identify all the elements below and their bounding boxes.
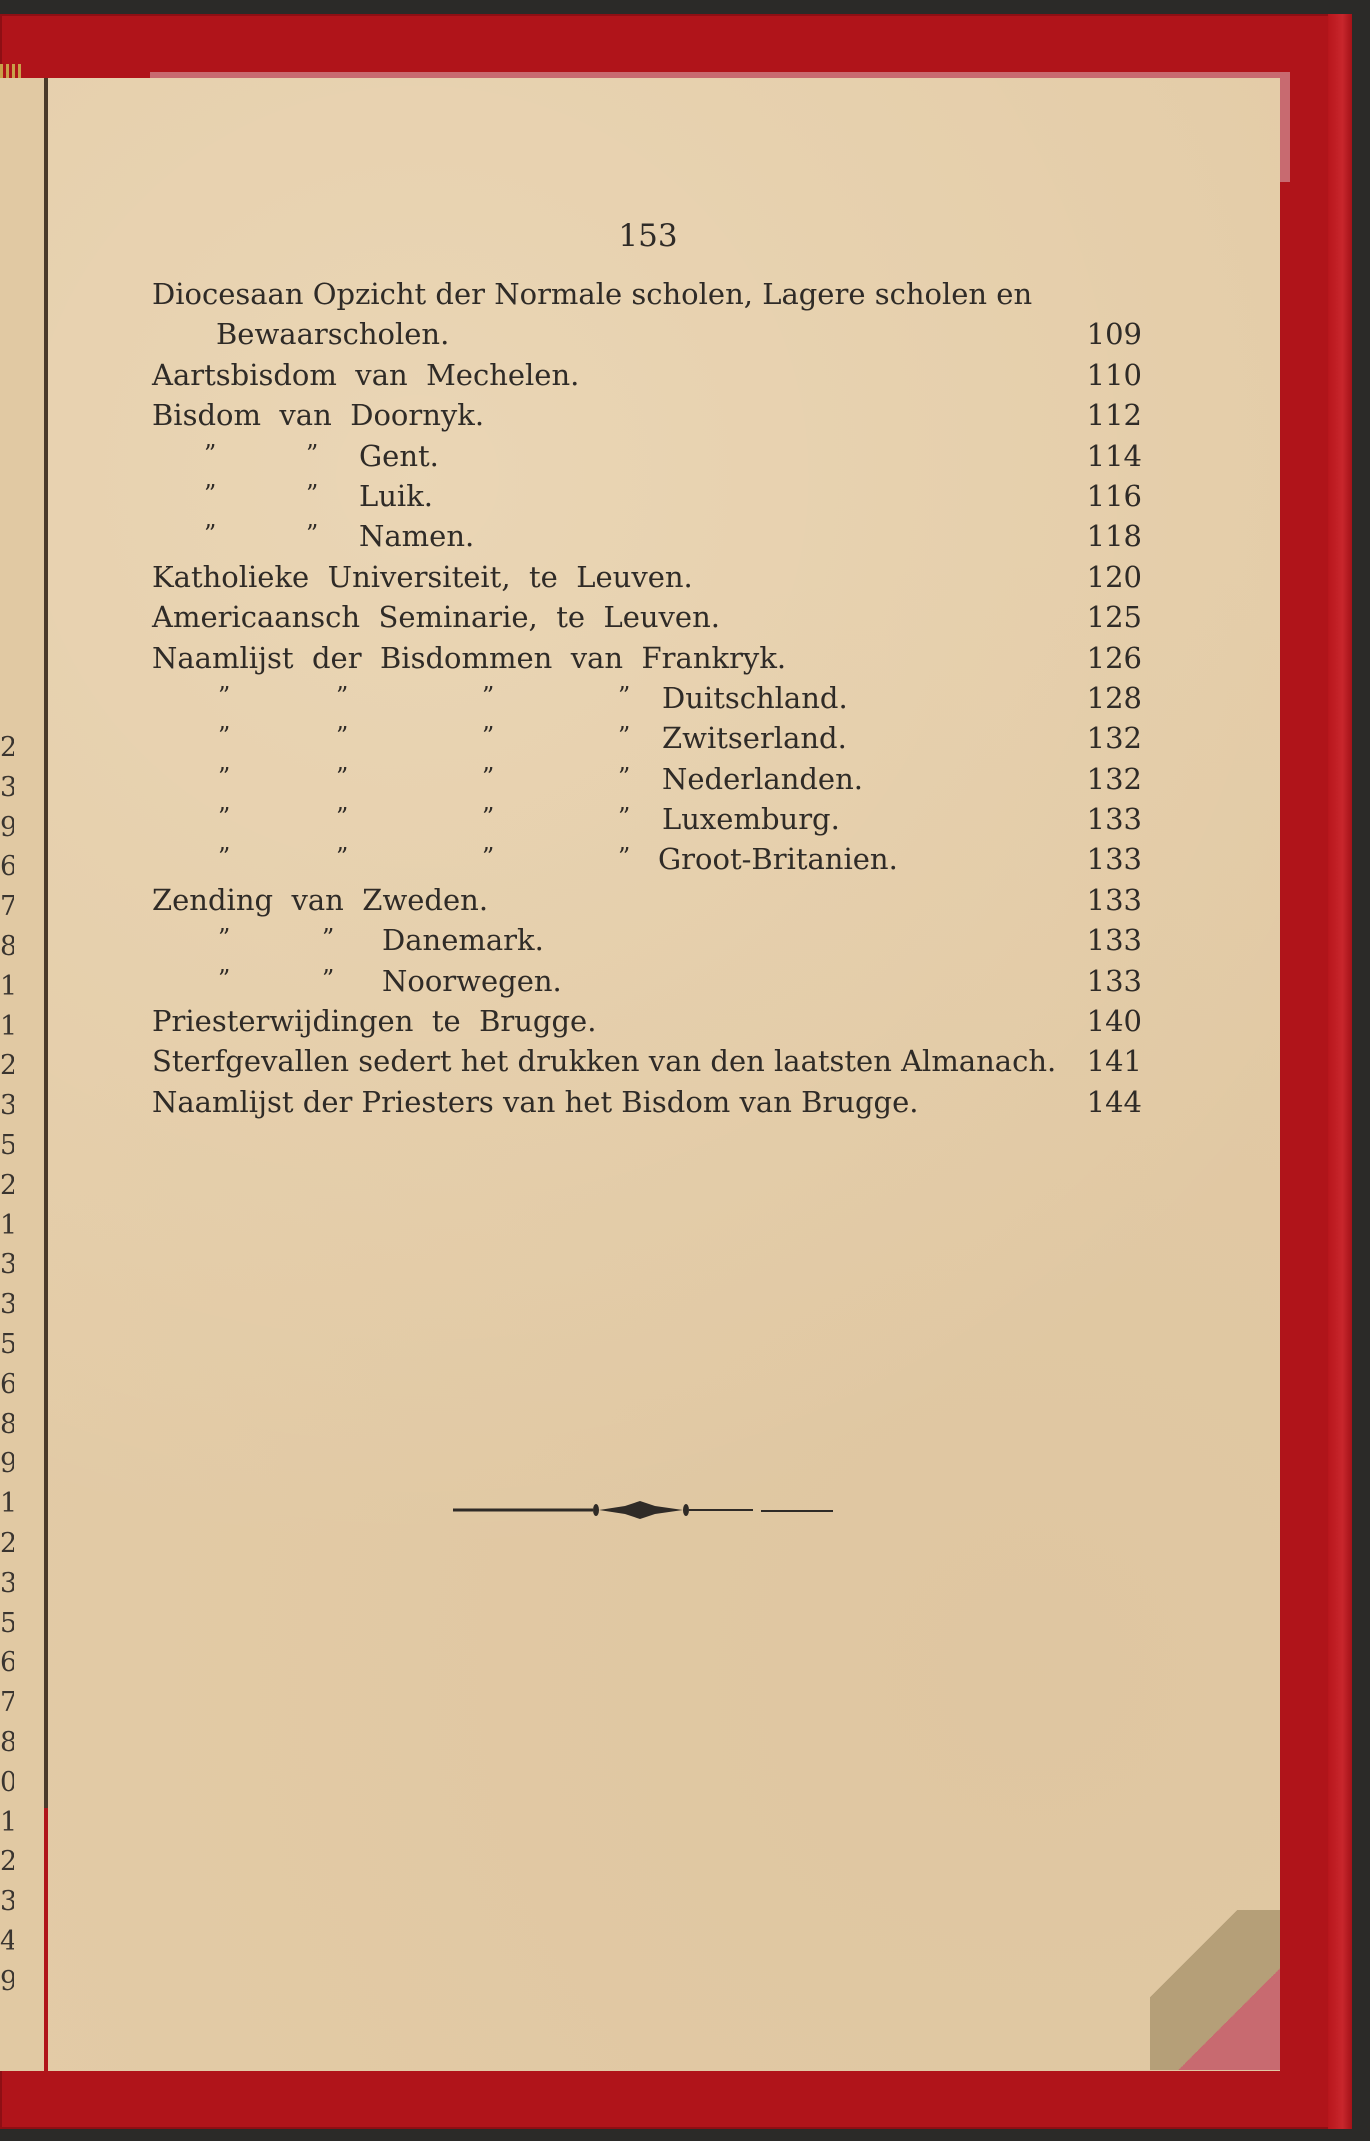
margin-digit: 8 (0, 927, 14, 967)
toc-entry: Bisdom van Doornyk.112 (152, 395, 1142, 435)
ditto-mark: ” (218, 837, 230, 877)
toc-entry-page: 133 (1087, 961, 1142, 1001)
margin-digit: 3 (0, 1882, 14, 1922)
toc-entry-title: Noorwegen. (382, 961, 562, 1001)
ditto-mark: ” (336, 676, 348, 716)
ditto-mark: ” (204, 514, 216, 554)
toc-entry-title: Danemark. (382, 920, 544, 960)
toc-entry: ””Danemark.133 (152, 920, 1142, 960)
toc-entry-title: Americaansch Seminarie, te Leuven. (152, 597, 720, 637)
previous-page-margin-digits: 23967811235213356891235678012349 (0, 728, 14, 2002)
page-number: 153 (48, 218, 1248, 254)
ditto-mark: ” (336, 716, 348, 756)
toc-entry: Katholieke Universiteit, te Leuven.120 (152, 557, 1142, 597)
toc-entry-title: Katholieke Universiteit, te Leuven. (152, 557, 693, 597)
margin-digit: 1 (0, 1484, 14, 1524)
toc-entry-page: 133 (1087, 880, 1142, 920)
toc-entry-page: 116 (1087, 476, 1142, 516)
toc-entry-title: Nederlanden. (662, 759, 863, 799)
toc-entry-page: 114 (1087, 436, 1142, 476)
toc-entry: ””””Luxemburg.133 (152, 799, 1142, 839)
margin-digit: 8 (0, 1723, 14, 1763)
toc-entry: Sterfgevallen sedert het drukken van den… (152, 1041, 1142, 1081)
margin-digit: 7 (0, 1683, 14, 1723)
toc-entry-title: Luxemburg. (662, 799, 840, 839)
margin-digit: 5 (0, 1325, 14, 1365)
ditto-mark: ” (482, 716, 494, 756)
margin-digit: 3 (0, 768, 14, 808)
ditto-mark: ” (218, 959, 230, 999)
toc-entry-title: Bisdom van Doornyk. (152, 395, 484, 435)
margin-digit: 1 (0, 967, 14, 1007)
ditto-mark: ” (482, 757, 494, 797)
margin-digit: 5 (0, 1126, 14, 1166)
ditto-mark: ” (204, 434, 216, 474)
toc-entry-title: Luik. (359, 476, 433, 516)
ditto-mark: ” (322, 959, 334, 999)
margin-digit: 4 (0, 1922, 14, 1962)
margin-digit: 6 (0, 847, 14, 887)
margin-digit: 9 (0, 1962, 14, 2002)
toc-entry-page: 125 (1087, 597, 1142, 637)
torn-corner (1150, 1910, 1280, 2070)
toc-entry: ””””Nederlanden.132 (152, 759, 1142, 799)
toc-entry-title: Sterfgevallen sedert het drukken van den… (152, 1041, 1056, 1081)
toc-entry-title: Bewaarscholen. (216, 314, 449, 354)
margin-digit: 0 (0, 1763, 14, 1803)
toc-entry: ””Namen.118 (152, 516, 1142, 556)
margin-digit: 1 (0, 1803, 14, 1843)
toc-entry: ””””Groot-Britanien.133 (152, 839, 1142, 879)
ditto-mark: ” (218, 676, 230, 716)
margin-digit: 9 (0, 808, 14, 848)
margin-digit: 6 (0, 1643, 14, 1683)
toc-entry-page: 133 (1087, 920, 1142, 960)
toc-entry-page: 132 (1087, 718, 1142, 758)
ditto-mark: ” (618, 716, 630, 756)
toc-entry-page: 118 (1087, 516, 1142, 556)
toc-entry-title: Zwitserland. (662, 718, 847, 758)
toc-entry-title: Zending van Zweden. (152, 880, 488, 920)
toc-entry-page: 109 (1087, 314, 1142, 354)
toc-entry-title: Priesterwijdingen te Brugge. (152, 1001, 596, 1041)
toc-entry: Bewaarscholen.109 (152, 314, 1142, 354)
toc-entry-page: 110 (1087, 355, 1142, 395)
margin-digit: 3 (0, 1245, 14, 1285)
previous-page-edge: 23967811235213356891235678012349 (0, 78, 44, 2071)
margin-digit: 8 (0, 1405, 14, 1445)
ditto-mark: ” (306, 474, 318, 514)
toc-entry-page: 120 (1087, 557, 1142, 597)
ditto-mark: ” (218, 716, 230, 756)
ditto-mark: ” (336, 757, 348, 797)
ditto-mark: ” (482, 837, 494, 877)
ditto-mark: ” (218, 757, 230, 797)
toc-entry-title: Duitschland. (662, 678, 848, 718)
margin-digit: 2 (0, 1046, 14, 1086)
toc-entry-title: Aartsbisdom van Mechelen. (152, 355, 579, 395)
toc-entry-page: 112 (1087, 395, 1142, 435)
toc-entry: Aartsbisdom van Mechelen.110 (152, 355, 1142, 395)
ditto-mark: ” (618, 676, 630, 716)
book-page: 153 Diocesaan Opzicht der Normale schole… (48, 78, 1280, 2071)
ditto-mark: ” (336, 837, 348, 877)
toc-entry-page: 132 (1087, 759, 1142, 799)
margin-digit: 2 (0, 1524, 14, 1564)
ditto-mark: ” (336, 797, 348, 837)
toc-entry: Naamlijst der Bisdommen van Frankryk.126 (152, 638, 1142, 678)
toc-entry-title: Naamlijst der Bisdommen van Frankryk. (152, 638, 786, 678)
margin-digit: 6 (0, 1365, 14, 1405)
margin-digit: 2 (0, 1166, 14, 1206)
ditto-mark: ” (306, 434, 318, 474)
toc-entry-page: 133 (1087, 799, 1142, 839)
toc-entry: ””Noorwegen.133 (152, 961, 1142, 1001)
toc-entry: Naamlijst der Priesters van het Bisdom v… (152, 1082, 1142, 1122)
ditto-mark: ” (218, 797, 230, 837)
toc-entry-page: 126 (1087, 638, 1142, 678)
toc-entry: Zending van Zweden.133 (152, 880, 1142, 920)
margin-digit: 5 (0, 1604, 14, 1644)
toc-entry-page: 140 (1087, 1001, 1142, 1041)
toc-entry-title: Diocesaan Opzicht der Normale scholen, L… (152, 274, 1032, 314)
toc-entry: ””Gent.114 (152, 436, 1142, 476)
divider-ornament-icon (453, 1498, 833, 1522)
ditto-mark: ” (618, 837, 630, 877)
toc-entry: ””Luik.116 (152, 476, 1142, 516)
margin-digit: 7 (0, 887, 14, 927)
toc-entry: Diocesaan Opzicht der Normale scholen, L… (152, 274, 1142, 314)
margin-digit: 3 (0, 1086, 14, 1126)
toc-entry: ””””Duitschland.128 (152, 678, 1142, 718)
toc-entry: Priesterwijdingen te Brugge.140 (152, 1001, 1142, 1041)
margin-digit: 1 (0, 1206, 14, 1246)
margin-digit: 9 (0, 1444, 14, 1484)
toc-entry-title: Naamlijst der Priesters van het Bisdom v… (152, 1082, 918, 1122)
toc-entry-title: Gent. (359, 436, 439, 476)
ditto-mark: ” (482, 676, 494, 716)
ditto-mark: ” (618, 757, 630, 797)
margin-digit: 3 (0, 1564, 14, 1604)
cover-edge (1328, 14, 1352, 2129)
ditto-mark: ” (204, 474, 216, 514)
table-of-contents: Diocesaan Opzicht der Normale scholen, L… (152, 274, 1142, 1122)
ditto-mark: ” (306, 514, 318, 554)
toc-entry-page: 141 (1087, 1041, 1142, 1081)
margin-digit: 3 (0, 1285, 14, 1325)
toc-entry-page: 133 (1087, 839, 1142, 879)
ditto-mark: ” (322, 918, 334, 958)
toc-entry-page: 144 (1087, 1082, 1142, 1122)
ditto-mark: ” (218, 918, 230, 958)
toc-entry: Americaansch Seminarie, te Leuven.125 (152, 597, 1142, 637)
toc-entry-title: Groot-Britanien. (658, 839, 898, 879)
ditto-mark: ” (482, 797, 494, 837)
toc-entry: ””””Zwitserland.132 (152, 718, 1142, 758)
margin-digit: 2 (0, 1842, 14, 1882)
toc-entry-title: Namen. (359, 516, 474, 556)
margin-digit: 2 (0, 728, 14, 768)
margin-digit: 1 (0, 1007, 14, 1047)
toc-entry-page: 128 (1087, 678, 1142, 718)
ditto-mark: ” (618, 797, 630, 837)
